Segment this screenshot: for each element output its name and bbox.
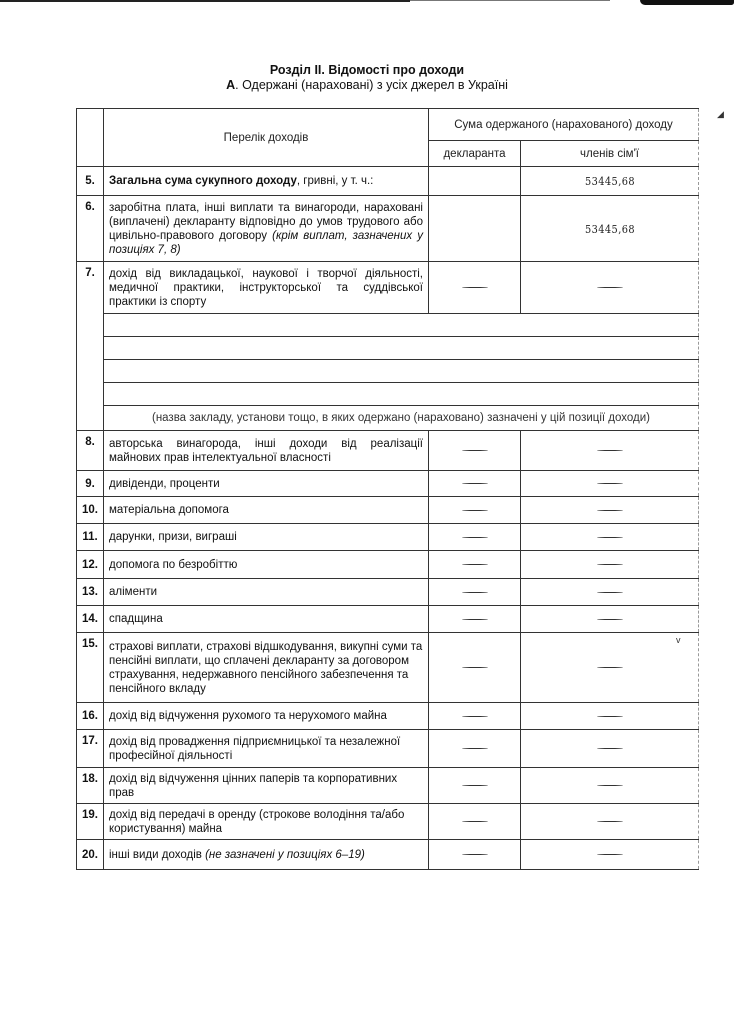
empty-dash [597, 537, 623, 538]
family-value[interactable] [521, 703, 699, 730]
family-value[interactable] [521, 579, 699, 606]
table-header-row: Перелік доходів Сума одержаного (нарахов… [77, 109, 699, 141]
declarant-value[interactable] [429, 840, 521, 870]
row-description: дохід від відчуження цінних паперів та к… [104, 768, 429, 804]
empty-dash [462, 564, 488, 565]
scan-edge-line [0, 0, 410, 2]
table-row: 9.дивіденди, проценти [77, 471, 699, 497]
row-description: допомога по безробіттю [104, 551, 429, 579]
row-description: матеріальна допомога [104, 497, 429, 524]
family-value[interactable] [521, 730, 699, 768]
empty-dash [462, 287, 488, 288]
row-description: дивіденди, проценти [104, 471, 429, 497]
row-number: 19. [77, 804, 104, 840]
scan-edge-blot [640, 0, 734, 5]
row-number: 15. [77, 633, 104, 703]
row-description: заробітна плата, інші виплати та винагор… [104, 196, 429, 262]
row-description: інші види доходів (не зазначені у позиці… [104, 840, 429, 870]
declarant-value[interactable] [429, 262, 521, 314]
declarant-value[interactable] [429, 804, 521, 840]
row-description: аліменти [104, 579, 429, 606]
declarant-value[interactable] [429, 579, 521, 606]
section-subtitle: А. Одержані (нараховані) з усіх джерел в… [0, 78, 734, 92]
empty-dash [462, 748, 488, 749]
empty-dash [597, 510, 623, 511]
empty-dash [462, 483, 488, 484]
empty-dash [597, 821, 623, 822]
family-value[interactable] [521, 471, 699, 497]
institution-blank-field[interactable] [104, 314, 699, 337]
institution-blank-field[interactable] [104, 337, 699, 360]
row-description: дохід від викладацької, наукової і творч… [104, 262, 429, 314]
row-number: 18. [77, 768, 104, 804]
empty-dash [597, 619, 623, 620]
table-row: 13.аліменти [77, 579, 699, 606]
empty-dash [597, 667, 623, 668]
declarant-value[interactable] [429, 497, 521, 524]
declarant-value[interactable] [429, 471, 521, 497]
empty-dash [462, 716, 488, 717]
table-row: 16.дохід від відчуження рухомого та неру… [77, 703, 699, 730]
empty-dash [462, 592, 488, 593]
institution-line [77, 360, 699, 383]
institution-line [77, 314, 699, 337]
table-row: 14.спадщина [77, 606, 699, 633]
row-number: 5. [77, 167, 104, 196]
table-row: 7. дохід від викладацької, наукової і тв… [77, 262, 699, 314]
family-value[interactable] [521, 804, 699, 840]
empty-dash [597, 450, 623, 451]
institution-note: (назва закладу, установи тощо, в яких од… [104, 406, 699, 431]
declarant-value[interactable] [429, 768, 521, 804]
declarant-value[interactable] [429, 196, 521, 262]
row-number: 12. [77, 551, 104, 579]
row-number: 16. [77, 703, 104, 730]
income-table: Перелік доходів Сума одержаного (нарахов… [76, 108, 699, 870]
empty-dash [462, 537, 488, 538]
table-row: 10.матеріальна допомога [77, 497, 699, 524]
institution-blank-field[interactable] [104, 360, 699, 383]
empty-dash [462, 450, 488, 451]
table-row: 12.допомога по безробіттю [77, 551, 699, 579]
institution-line [77, 383, 699, 406]
header-num-cell [77, 109, 104, 167]
empty-dash [462, 854, 488, 855]
table-row: 5. Загальна сума сукупного доходу, гривн… [77, 167, 699, 196]
empty-dash [462, 821, 488, 822]
arrow-mark-icon: ◢ [717, 109, 724, 120]
empty-dash [597, 785, 623, 786]
row-description: дохід від провадження підприємницької та… [104, 730, 429, 768]
family-value[interactable] [521, 524, 699, 551]
row-description: дарунки, призи, виграші [104, 524, 429, 551]
total-income-unit: , гривні, у т. ч.: [297, 175, 374, 187]
table-row: 18.дохід від відчуження цінних паперів т… [77, 768, 699, 804]
row-number: 8. [77, 431, 104, 471]
family-value[interactable] [521, 768, 699, 804]
declarant-value[interactable] [429, 551, 521, 579]
declarant-value[interactable] [429, 703, 521, 730]
table-row: 20. інші види доходів (не зазначені у по… [77, 840, 699, 870]
institution-line [77, 337, 699, 360]
row-description: дохід від відчуження рухомого та нерухом… [104, 703, 429, 730]
table-row: 15.страхові виплати, страхові відшкодува… [77, 633, 699, 703]
family-value[interactable] [521, 431, 699, 471]
row-description: спадщина [104, 606, 429, 633]
institution-blank-field[interactable] [104, 383, 699, 406]
empty-dash [597, 564, 623, 565]
empty-dash [462, 667, 488, 668]
declarant-value[interactable] [429, 431, 521, 471]
family-value[interactable] [521, 840, 699, 870]
empty-dash [462, 785, 488, 786]
table-row: 19.дохід від передачі в оренду (строкове… [77, 804, 699, 840]
row-number: 17. [77, 730, 104, 768]
row-description: авторська винагорода, інші доходи від ре… [104, 431, 429, 471]
row-text: інші види доходів [109, 849, 205, 861]
row-number: 9. [77, 471, 104, 497]
declarant-value[interactable] [429, 633, 521, 703]
row-number: 6. [77, 196, 104, 262]
header-sum-group: Сума одержаного (нарахованого) доходу [429, 109, 699, 141]
row-text-note: (не зазначені у позиціях 6–19) [205, 849, 365, 861]
empty-dash [597, 483, 623, 484]
declarant-value[interactable] [429, 606, 521, 633]
row-description: Загальна сума сукупного доходу, гривні, … [104, 167, 429, 196]
declarant-value[interactable] [429, 167, 521, 196]
row-description: страхові виплати, страхові відшкодування… [104, 633, 429, 703]
empty-dash [597, 716, 623, 717]
empty-dash [597, 854, 623, 855]
empty-dash [597, 592, 623, 593]
row-number: 10. [77, 497, 104, 524]
total-income-label: Загальна сума сукупного доходу [109, 175, 297, 187]
family-value[interactable] [521, 497, 699, 524]
table-row: 11.дарунки, призи, виграші [77, 524, 699, 551]
family-value[interactable]: 53445,68 [534, 196, 685, 262]
header-declarant: декларанта [429, 141, 521, 167]
subtitle-text: . Одержані (нараховані) з усіх джерел в … [235, 78, 508, 92]
declarant-value[interactable] [429, 730, 521, 768]
empty-dash [597, 748, 623, 749]
family-value[interactable] [521, 633, 699, 703]
table-row: 17.дохід від провадження підприємницької… [77, 730, 699, 768]
row-number: 20. [77, 840, 104, 870]
subtitle-letter: А [226, 78, 235, 92]
family-value[interactable] [521, 551, 699, 579]
declarant-value[interactable] [429, 524, 521, 551]
empty-dash [462, 510, 488, 511]
family-value[interactable]: 53445,68 [534, 167, 685, 196]
row-description: дохід від передачі в оренду (строкове во… [104, 804, 429, 840]
table-row: 6. заробітна плата, інші виплати та вина… [77, 196, 699, 262]
header-family: членів сім'ї [521, 141, 699, 167]
row-number: 13. [77, 579, 104, 606]
row-number: 7. [77, 262, 104, 431]
institution-note-row: (назва закладу, установи тощо, в яких од… [77, 406, 699, 431]
row-number: 11. [77, 524, 104, 551]
section-title: Розділ II. Відомості про доходи [0, 63, 734, 77]
header-income-list: Перелік доходів [104, 109, 429, 167]
scan-edge-line-faint [410, 0, 610, 1]
empty-dash [462, 619, 488, 620]
family-value[interactable] [521, 262, 699, 314]
empty-dash [597, 287, 623, 288]
row-number: 14. [77, 606, 104, 633]
table-row: 8.авторська винагорода, інші доходи від … [77, 431, 699, 471]
family-value[interactable] [521, 606, 699, 633]
